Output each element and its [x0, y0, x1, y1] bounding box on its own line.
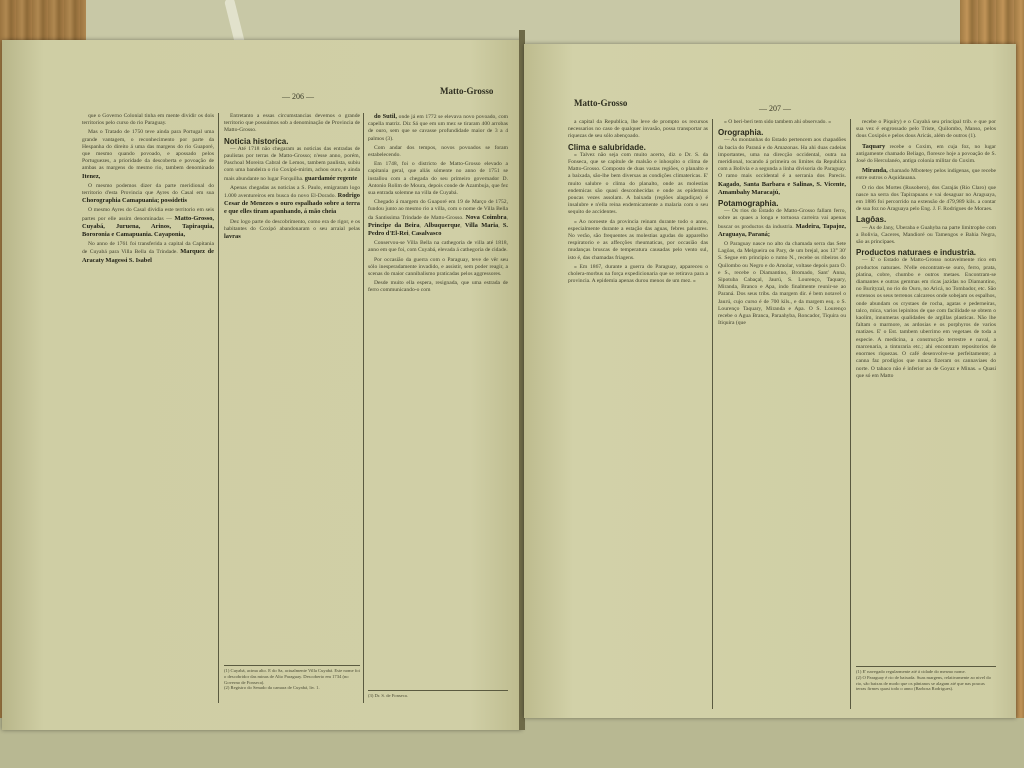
column-2: « O beri-beri tem sido tambem ahi observ… — [718, 119, 846, 709]
paragraph: O rio dos Mortes (Rusobero), dos Carajás… — [856, 185, 996, 214]
section-heading: Lagôas. — [856, 216, 996, 223]
paragraph: a capital da Republica, lhe leve de prom… — [568, 119, 708, 141]
left-page: Matto-Grosso — 206 — que o Governo Colon… — [2, 40, 522, 730]
paragraph: Apenas chegadas as noticias a S. Paulo, … — [224, 185, 360, 217]
paragraph: — As montanhas do Estado pertencem aos c… — [718, 137, 846, 197]
paragraph: O mesmo podemos dizer da parte meridiona… — [82, 183, 214, 206]
paragraph: — Os rios do Estado de Matto-Grosso fall… — [718, 208, 846, 239]
column-3: do Sutil, onde já em 1772 se elevava nov… — [368, 113, 508, 683]
column-rule — [218, 113, 219, 703]
right-page: Matto-Grosso — 207 — a capital da Republ… — [524, 44, 1016, 718]
paragraph: « Em 1867, durante a guerra do Paraguay,… — [568, 264, 708, 286]
footnote: (2) Registro do Senado da camara de Cuya… — [224, 685, 360, 691]
running-head: Matto-Grosso — [440, 86, 493, 96]
paragraph: « Ao noroeste da provincia reinam durant… — [568, 219, 708, 262]
section-heading: Noticia historica. — [224, 138, 360, 145]
paragraph: — As de Jany, Uberaba e Guahyba na parte… — [856, 225, 996, 247]
running-head: Matto-Grosso — [574, 98, 627, 108]
footnote: (1) Cuyabá, acima alto. E do Sa, actualm… — [224, 668, 360, 685]
paragraph: Miranda, chamado Mbotetey pelos indigena… — [856, 167, 996, 182]
column-2: Entretanto a essas circumstancias devemo… — [224, 113, 360, 658]
footnotes: (1) E' navegado regularmente até á cidad… — [856, 666, 996, 692]
column-1: que o Governo Colonial tinha em mente di… — [82, 113, 214, 693]
paragraph: Mas o Tratado de 1750 teve ainda para Po… — [82, 129, 214, 180]
column-rule — [712, 119, 713, 709]
paragraph: do Sutil, onde já em 1772 se elevava nov… — [368, 113, 508, 143]
footnotes: (1) Cuyabá, acima alto. E do Sa, actualm… — [224, 665, 360, 691]
paragraph: No anno de 1761 foi transferida a capita… — [82, 241, 214, 265]
paragraph: Taquary recebe o Coxim, em cuja foz, no … — [856, 143, 996, 166]
paragraph: — E' o Estado de Matto-Grosso notavelmen… — [856, 257, 996, 379]
footnote: (2) O Paraguay é rio de baixada. Suas ma… — [856, 675, 996, 692]
paragraph: Desde muito ella espera, resignada, que … — [368, 280, 508, 294]
paragraph: recebe o Piquiry) e o Cuyabá seu princip… — [856, 119, 996, 141]
paragraph: Em 1748, foi o districto de Matto-Grosso… — [368, 161, 508, 197]
footnote: (3) Dr. S. de Fonseca. — [368, 693, 508, 699]
paragraph: « Talvez não seja com muito acerto, diz … — [568, 152, 708, 217]
column-rule — [850, 119, 851, 709]
paragraph: Por occasião da guerra com o Paraguay, t… — [368, 257, 508, 279]
section-heading: Productos naturaes e industria. — [856, 249, 996, 256]
column-rule — [363, 113, 364, 703]
paragraph: Chegado á margem do Guaporé em 19 de Mar… — [368, 199, 508, 238]
page-number: — 207 — — [759, 104, 791, 113]
paragraph: Entretanto a essas circumstancias devemo… — [224, 113, 360, 135]
section-heading: Orographia. — [718, 129, 846, 136]
section-heading: Clima e salubridade. — [568, 144, 708, 151]
paragraph: Dez logo parte do descobrimento, como er… — [224, 219, 360, 242]
paragraph: « O beri-beri tem sido tambem ahi observ… — [718, 119, 846, 126]
section-heading: Potamographia. — [718, 200, 846, 207]
paragraph: O Paraguay nasce no alto da chamada serr… — [718, 241, 846, 327]
footnotes: (3) Dr. S. de Fonseca. — [368, 690, 508, 699]
column-1: a capital da Republica, lhe leve de prom… — [568, 119, 708, 709]
paragraph: Conservou-se Villa Bella na cathegoria d… — [368, 240, 508, 254]
column-3: recebe o Piquiry) e o Cuyabá seu princip… — [856, 119, 996, 659]
paragraph: O mesmo Ayres do Casal dividia este terr… — [82, 207, 214, 239]
page-number: — 206 — — [282, 92, 314, 101]
paragraph: — Até 1718 não chegaram as noticias das … — [224, 146, 360, 183]
paragraph: que o Governo Colonial tinha em mente di… — [82, 113, 214, 127]
paragraph: Com andar dos tempos, novos povoados se … — [368, 145, 508, 159]
